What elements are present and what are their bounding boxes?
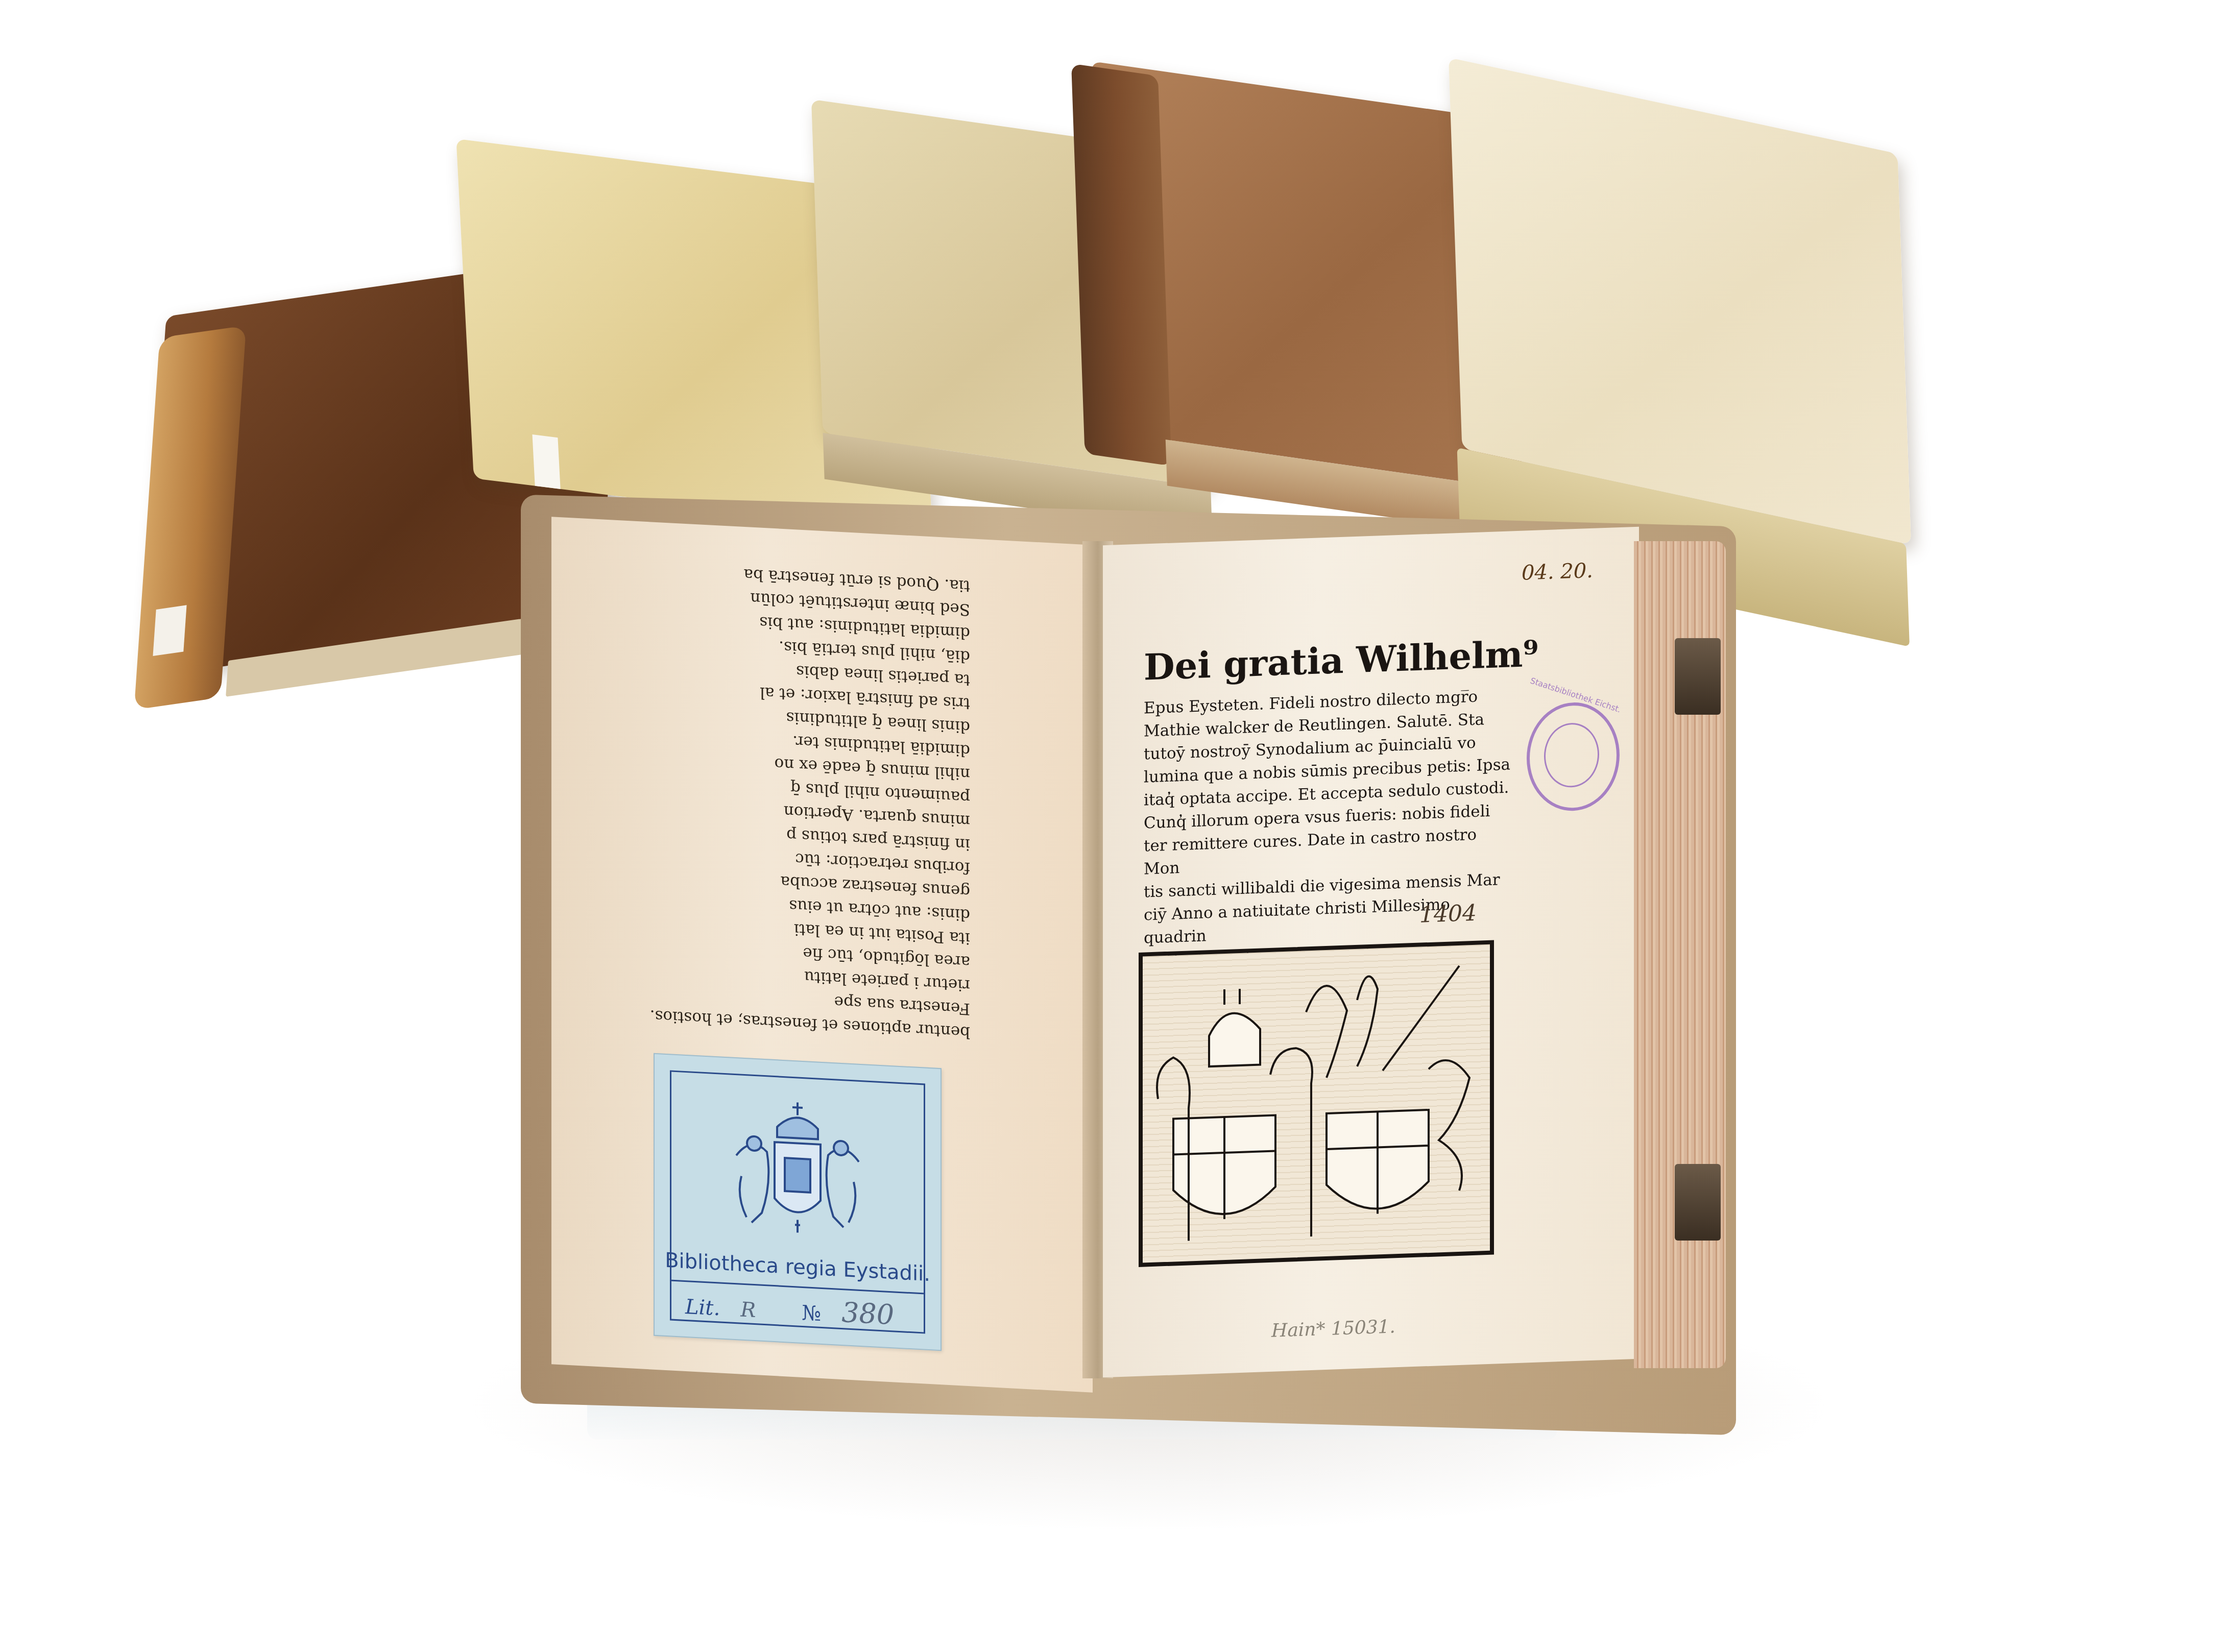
stamp-inner-ring: [1544, 722, 1599, 788]
handwritten-shelfmark: 04. 20.: [1522, 559, 1593, 585]
open-book: bentur aptiones et fenestras; et hostios…: [521, 511, 1736, 1419]
number-label: №: [802, 1301, 821, 1326]
lit-label: Lit.: [685, 1295, 720, 1321]
bookplate: Bibliotheca regia Eystadii. Lit. R № 380: [654, 1053, 942, 1351]
clasp-bottom: [1675, 1164, 1721, 1241]
number-value: 380: [841, 1296, 894, 1331]
library-stamp: Staatsbibliothek Eichst.: [1527, 701, 1620, 812]
title-line: Dei gratia Wilhelm⁹: [1144, 633, 1538, 689]
book-spine: [134, 325, 247, 710]
coat-of-arms-icon: [716, 1093, 879, 1255]
right-page: 04. 20. Dei gratia Wilhelm⁹ Epus Eystete…: [1103, 527, 1639, 1378]
letter-text-block: Epus Eysteten. Fideli nostro dilecto mgr…: [1144, 684, 1511, 973]
pencil-note: Hain* 15031.: [1271, 1316, 1395, 1341]
handwritten-year: 1404: [1419, 900, 1477, 928]
heraldic-woodcut-icon: [1143, 944, 1482, 1254]
book-spine: [1071, 63, 1171, 466]
woodcut-illustration: [1139, 940, 1494, 1267]
left-page: bentur aptiones et fenestras; et hostios…: [551, 517, 1093, 1393]
clasp-top: [1675, 638, 1721, 715]
spine-label: [532, 434, 560, 489]
spine-label: [153, 605, 186, 656]
left-page-text-block: bentur aptiones et fenestras; et hostios…: [613, 556, 970, 1044]
stamp-text: Staatsbibliothek Eichst.: [1526, 675, 1625, 716]
white-vellum-book: [1449, 58, 1911, 545]
lit-value: R: [740, 1298, 756, 1323]
